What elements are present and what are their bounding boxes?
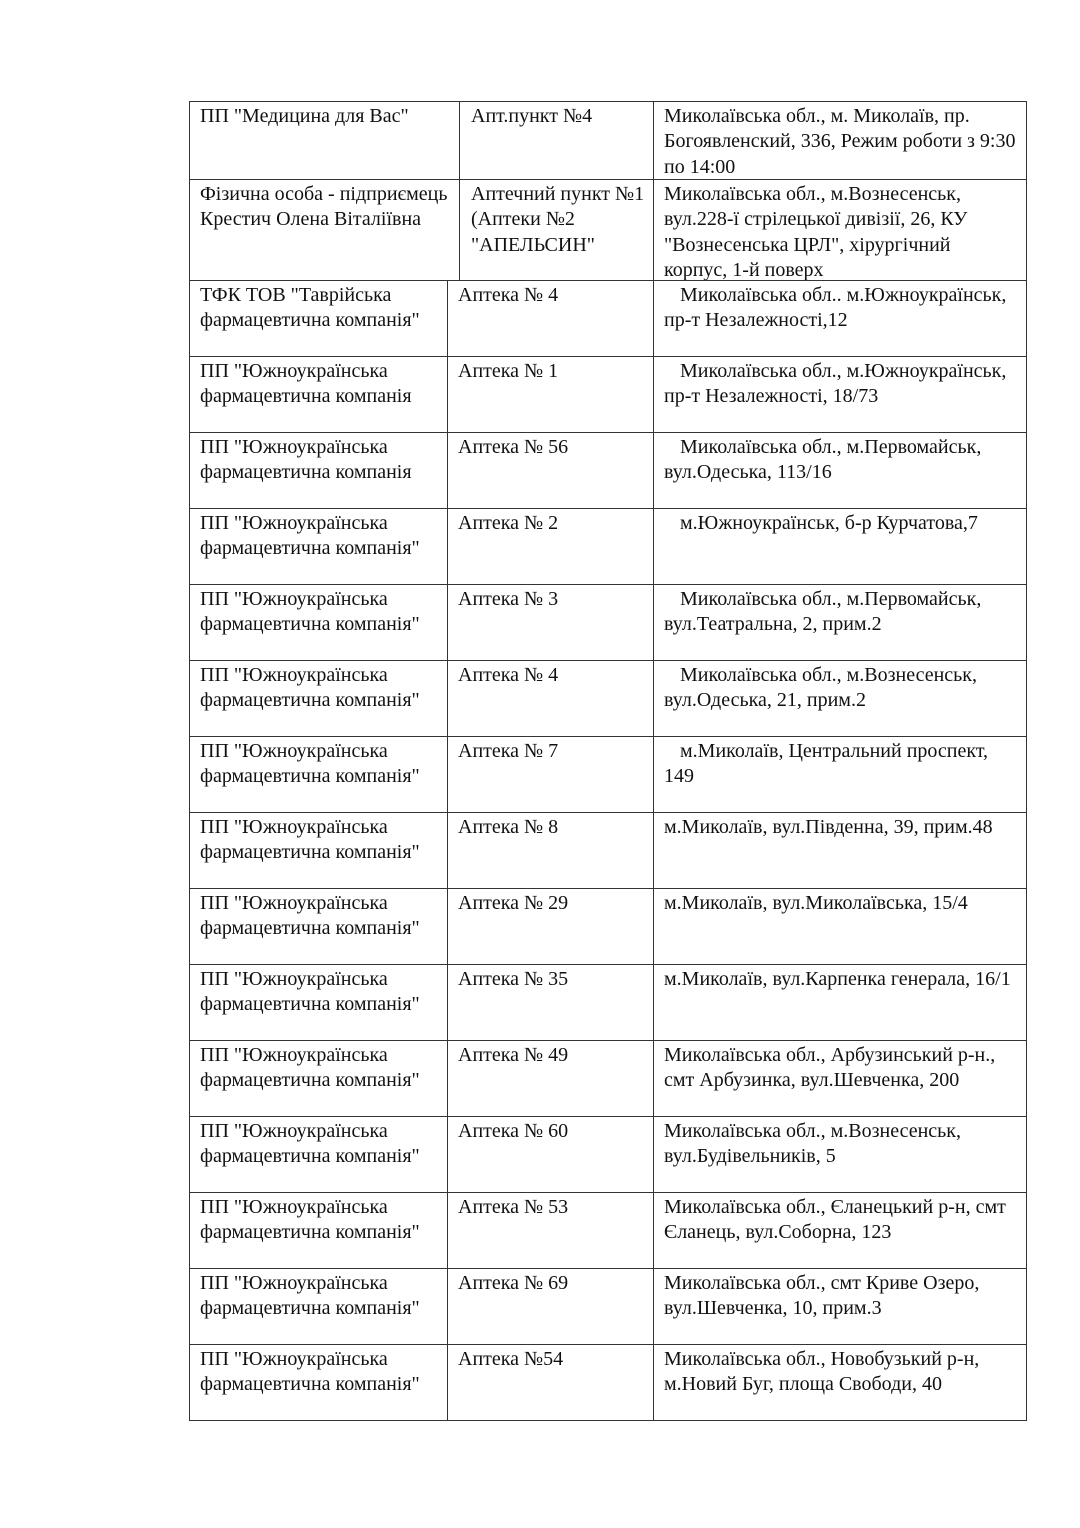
table-row: ПП "Южноукраїнська фармацевтична компані… [189,432,1027,508]
pharmacy-cell: Аптека № 56 [448,433,654,508]
address-cell: Миколаївська обл., Єланецький р-н, смт Є… [654,1193,1026,1268]
pharmacy-cell: Аптека № 60 [448,1117,654,1192]
pharmacy-cell: Аптека № 8 [448,813,654,888]
owner-cell: ПП "Южноукраїнська фармацевтична компані… [190,1345,448,1420]
table-row: ПП "Южноукраїнська фармацевтична компані… [189,1268,1027,1344]
pharmacy-cell: Аптека № 7 [448,737,654,812]
address-cell: Миколаївська обл., м.Вознесенськ, вул.Бу… [654,1117,1026,1192]
table-row: ПП "Южноукраїнська фармацевтична компані… [189,356,1027,432]
table-row: ПП "Южноукраїнська фармацевтична компані… [189,1116,1027,1192]
address-cell: Миколаївська обл., м. Миколаїв, пр. Бого… [654,102,1026,179]
pharmacy-cell: Аптека № 4 [448,281,654,356]
address-cell: Миколаївська обл.. м.Южноукраїнськ, пр-т… [654,281,1026,356]
table-row: Фізична особа - підприємець Крестич Олен… [189,179,1027,280]
owner-cell: ПП "Южноукраїнська фармацевтична компані… [190,1193,448,1268]
pharmacy-cell: Аптека № 53 [448,1193,654,1268]
owner-cell: ПП "Южноукраїнська фармацевтична компані… [190,1117,448,1192]
pharmacy-cell: Аптека №54 [448,1345,654,1420]
owner-cell: Фізична особа - підприємець Крестич Олен… [190,180,460,280]
pharmacy-cell: Аптека № 69 [448,1269,654,1344]
pharmacy-cell: Аптека № 1 [448,357,654,432]
owner-cell: ПП "Южноукраїнська фармацевтична компані… [190,965,448,1040]
owner-cell: ПП "Южноукраїнська фармацевтична компані… [190,585,448,660]
pharmacy-cell: Аптека № 49 [448,1041,654,1116]
address-cell: Миколаївська обл., м.Вознесенськ, вул.Од… [654,661,1026,736]
owner-cell: ПП "Южноукраїнська фармацевтична компані… [190,661,448,736]
pharmacy-cell: Аптека № 2 [448,509,654,584]
table-row: ПП "Южноукраїнська фармацевтична компані… [189,508,1027,584]
pharmacy-cell: Аптека № 4 [448,661,654,736]
address-cell: м.Миколаїв, вул.Миколаївська, 15/4 [654,889,1026,964]
address-cell: Миколаївська обл., Новобузький р-н, м.Но… [654,1345,1026,1420]
pharmacy-cell: Аптека № 29 [448,889,654,964]
address-cell: м.Южноукраїнськ, б-р Курчатова,7 [654,509,1026,584]
pharmacy-table: ПП "Медицина для Вас"Апт.пункт №4Миколаї… [189,101,1027,1421]
address-cell: Миколаївська обл., м.Первомайськ, вул.Од… [654,433,1026,508]
table-row: ПП "Медицина для Вас"Апт.пункт №4Миколаї… [189,101,1027,179]
address-cell: м.Миколаїв, вул.Карпенка генерала, 16/1 [654,965,1026,1040]
address-cell: м.Миколаїв, Центральний проспект, 149 [654,737,1026,812]
address-cell: Миколаївська обл., Арбузинський р-н., см… [654,1041,1026,1116]
table-row: ПП "Южноукраїнська фармацевтична компані… [189,812,1027,888]
owner-cell: ТФК ТОВ "Таврійська фармацевтична компан… [190,281,448,356]
owner-cell: ПП "Южноукраїнська фармацевтична компані… [190,737,448,812]
table-row: ПП "Южноукраїнська фармацевтична компані… [189,660,1027,736]
pharmacy-cell: Апт.пункт №4 [460,102,654,179]
document-page: ПП "Медицина для Вас"Апт.пункт №4Миколаї… [0,0,1080,1528]
address-cell: Миколаївська обл., смт Криве Озеро, вул.… [654,1269,1026,1344]
table-row: ПП "Южноукраїнська фармацевтична компані… [189,1192,1027,1268]
address-cell: м.Миколаїв, вул.Південна, 39, прим.48 [654,813,1026,888]
owner-cell: ПП "Медицина для Вас" [190,102,460,179]
table-row: ПП "Южноукраїнська фармацевтична компані… [189,1344,1027,1421]
pharmacy-cell: Аптека № 3 [448,585,654,660]
pharmacy-cell: Аптека № 35 [448,965,654,1040]
owner-cell: ПП "Южноукраїнська фармацевтична компані… [190,813,448,888]
address-cell: Миколаївська обл., м.Первомайськ, вул.Те… [654,585,1026,660]
owner-cell: ПП "Южноукраїнська фармацевтична компані… [190,357,448,432]
table-row: ТФК ТОВ "Таврійська фармацевтична компан… [189,280,1027,356]
table-row: ПП "Южноукраїнська фармацевтична компані… [189,1040,1027,1116]
table-row: ПП "Южноукраїнська фармацевтична компані… [189,964,1027,1040]
address-cell: Миколаївська обл., м.Южноукраїнськ, пр-т… [654,357,1026,432]
owner-cell: ПП "Южноукраїнська фармацевтична компані… [190,433,448,508]
pharmacy-cell: Аптечний пункт №1 (Аптеки №2 "АПЕЛЬСИН" [460,180,654,280]
owner-cell: ПП "Южноукраїнська фармацевтична компані… [190,889,448,964]
owner-cell: ПП "Южноукраїнська фармацевтична компані… [190,509,448,584]
table-row: ПП "Южноукраїнська фармацевтична компані… [189,736,1027,812]
table-row: ПП "Южноукраїнська фармацевтична компані… [189,584,1027,660]
owner-cell: ПП "Южноукраїнська фармацевтична компані… [190,1269,448,1344]
address-cell: Миколаївська обл., м.Вознесенськ, вул.22… [654,180,1026,280]
owner-cell: ПП "Южноукраїнська фармацевтична компані… [190,1041,448,1116]
table-row: ПП "Южноукраїнська фармацевтична компані… [189,888,1027,964]
